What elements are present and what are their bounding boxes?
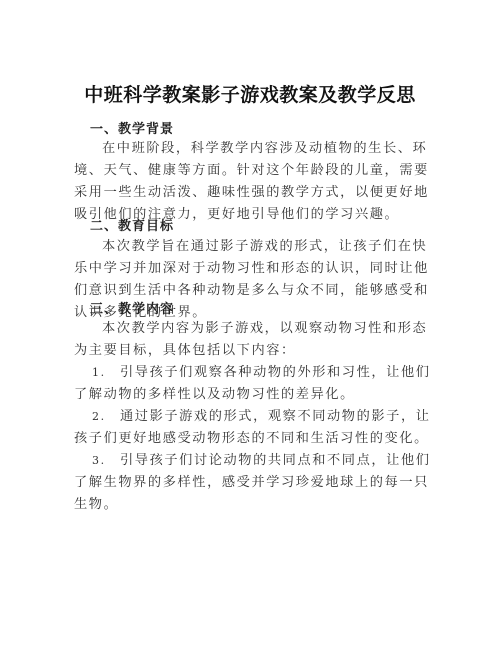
document-page: 中班科学教案影子游戏教案及教学反思 一、教学背景 在中班阶段，科学教学内容涉及动… [0, 0, 500, 647]
list-item: 3.引导孩子们讨论动物的共同点和不同点，让他们了解生物界的多样性，感受并学习珍爱… [74, 450, 434, 516]
list-item: 1.引导孩子们观察各种动物的外形和习性，让他们了解动物的多样性以及动物习性的差异… [74, 362, 434, 406]
section-paragraph-content: 本次教学内容为影子游戏，以观察动物习性和形态为主要目标，具体包括以下内容： [74, 318, 434, 362]
section-paragraph-background: 在中班阶段，科学教学内容涉及动植物的生长、环境、天气、健康等方面。针对这个年龄段… [74, 138, 434, 226]
section-heading-content: 三、教学内容 [90, 298, 174, 317]
section-heading-background: 一、教学背景 [90, 118, 174, 137]
list-item-number: 3. [74, 450, 120, 472]
list-item: 2.通过影子游戏的形式，观察不同动物的影子，让孩子们更好地感受动物形态的不同和生… [74, 406, 434, 450]
list-item-number: 2. [74, 406, 120, 428]
list-item-text: 引导孩子们讨论动物的共同点和不同点，让他们了解生物界的多样性，感受并学习珍爱地球… [74, 453, 431, 512]
list-item-text: 引导孩子们观察各种动物的外形和习性，让他们了解动物的多样性以及动物习性的差异化。 [74, 365, 431, 402]
section-heading-goals: 二、教育目标 [90, 215, 174, 234]
list-item-number: 1. [74, 362, 120, 384]
document-title: 中班科学教案影子游戏教案及教学反思 [0, 80, 500, 107]
list-item-text: 通过影子游戏的形式，观察不同动物的影子，让孩子们更好地感受动物形态的不同和生活习… [74, 409, 431, 446]
